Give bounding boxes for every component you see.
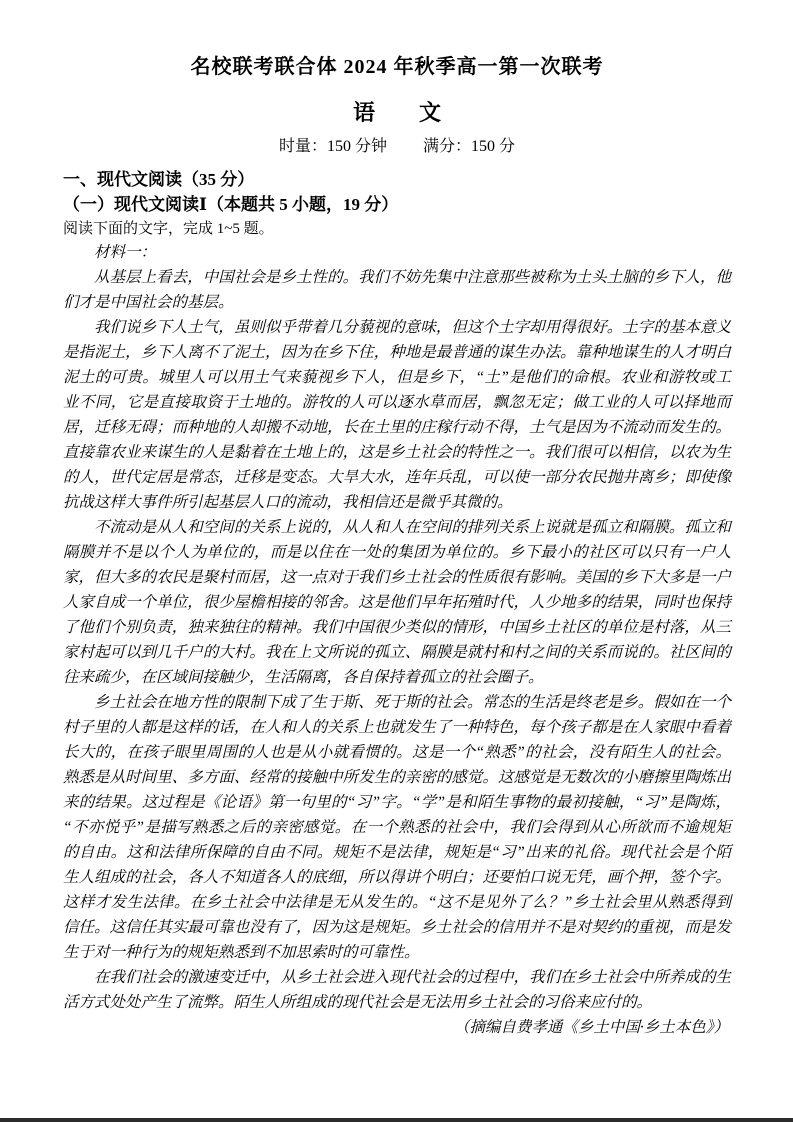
page-bottom-divider — [0, 1118, 793, 1122]
exam-paper-page: 名校联考联合体 2024 年秋季高一第一次联考 语 文 时量：150 分钟 满分… — [0, 0, 793, 1122]
material-paragraph: 在我们社会的激速变迁中，从乡土社会进入现代社会的过程中，我们在乡土社会中所养成的… — [63, 965, 731, 1015]
full-score-label: 满分：150 分 — [423, 136, 515, 158]
duration-label: 时量：150 分钟 — [279, 136, 387, 158]
material-paragraph: 不流动是从人和空间的关系上说的，从人和人在空间的排列关系上说就是孤立和隔膜。孤立… — [63, 515, 731, 690]
reading-instruction: 阅读下面的文字，完成 1~5 题。 — [63, 218, 731, 240]
material-paragraph: 我们说乡下人土气，虽则似乎带着几分藐视的意味，但这个土字却用得很好。土字的基本意… — [63, 315, 731, 515]
source-attribution: （摘编自费孝通《乡土中国·乡土本色》） — [63, 1015, 731, 1040]
exam-title: 名校联考联合体 2024 年秋季高一第一次联考 — [63, 52, 731, 82]
exam-info-line: 时量：150 分钟 满分：150 分 — [63, 136, 731, 158]
subject-title: 语 文 — [63, 98, 731, 128]
subsection-heading-reading-1: （一）现代文阅读Ⅰ（本题共 5 小题，19 分） — [63, 192, 731, 218]
material-one-label: 材料一： — [63, 240, 731, 265]
section-heading-modern-reading: 一、现代文阅读（35 分） — [63, 167, 731, 192]
material-paragraph: 乡土社会在地方性的限制下成了生于斯、死于斯的社会。常态的生活是终老是乡。假如在一… — [63, 690, 731, 965]
material-one-body: 从基层上看去，中国社会是乡土性的。我们不妨先集中注意那些被称为土头土脑的乡下人，… — [63, 265, 731, 1015]
material-paragraph: 从基层上看去，中国社会是乡土性的。我们不妨先集中注意那些被称为土头土脑的乡下人，… — [63, 265, 731, 315]
